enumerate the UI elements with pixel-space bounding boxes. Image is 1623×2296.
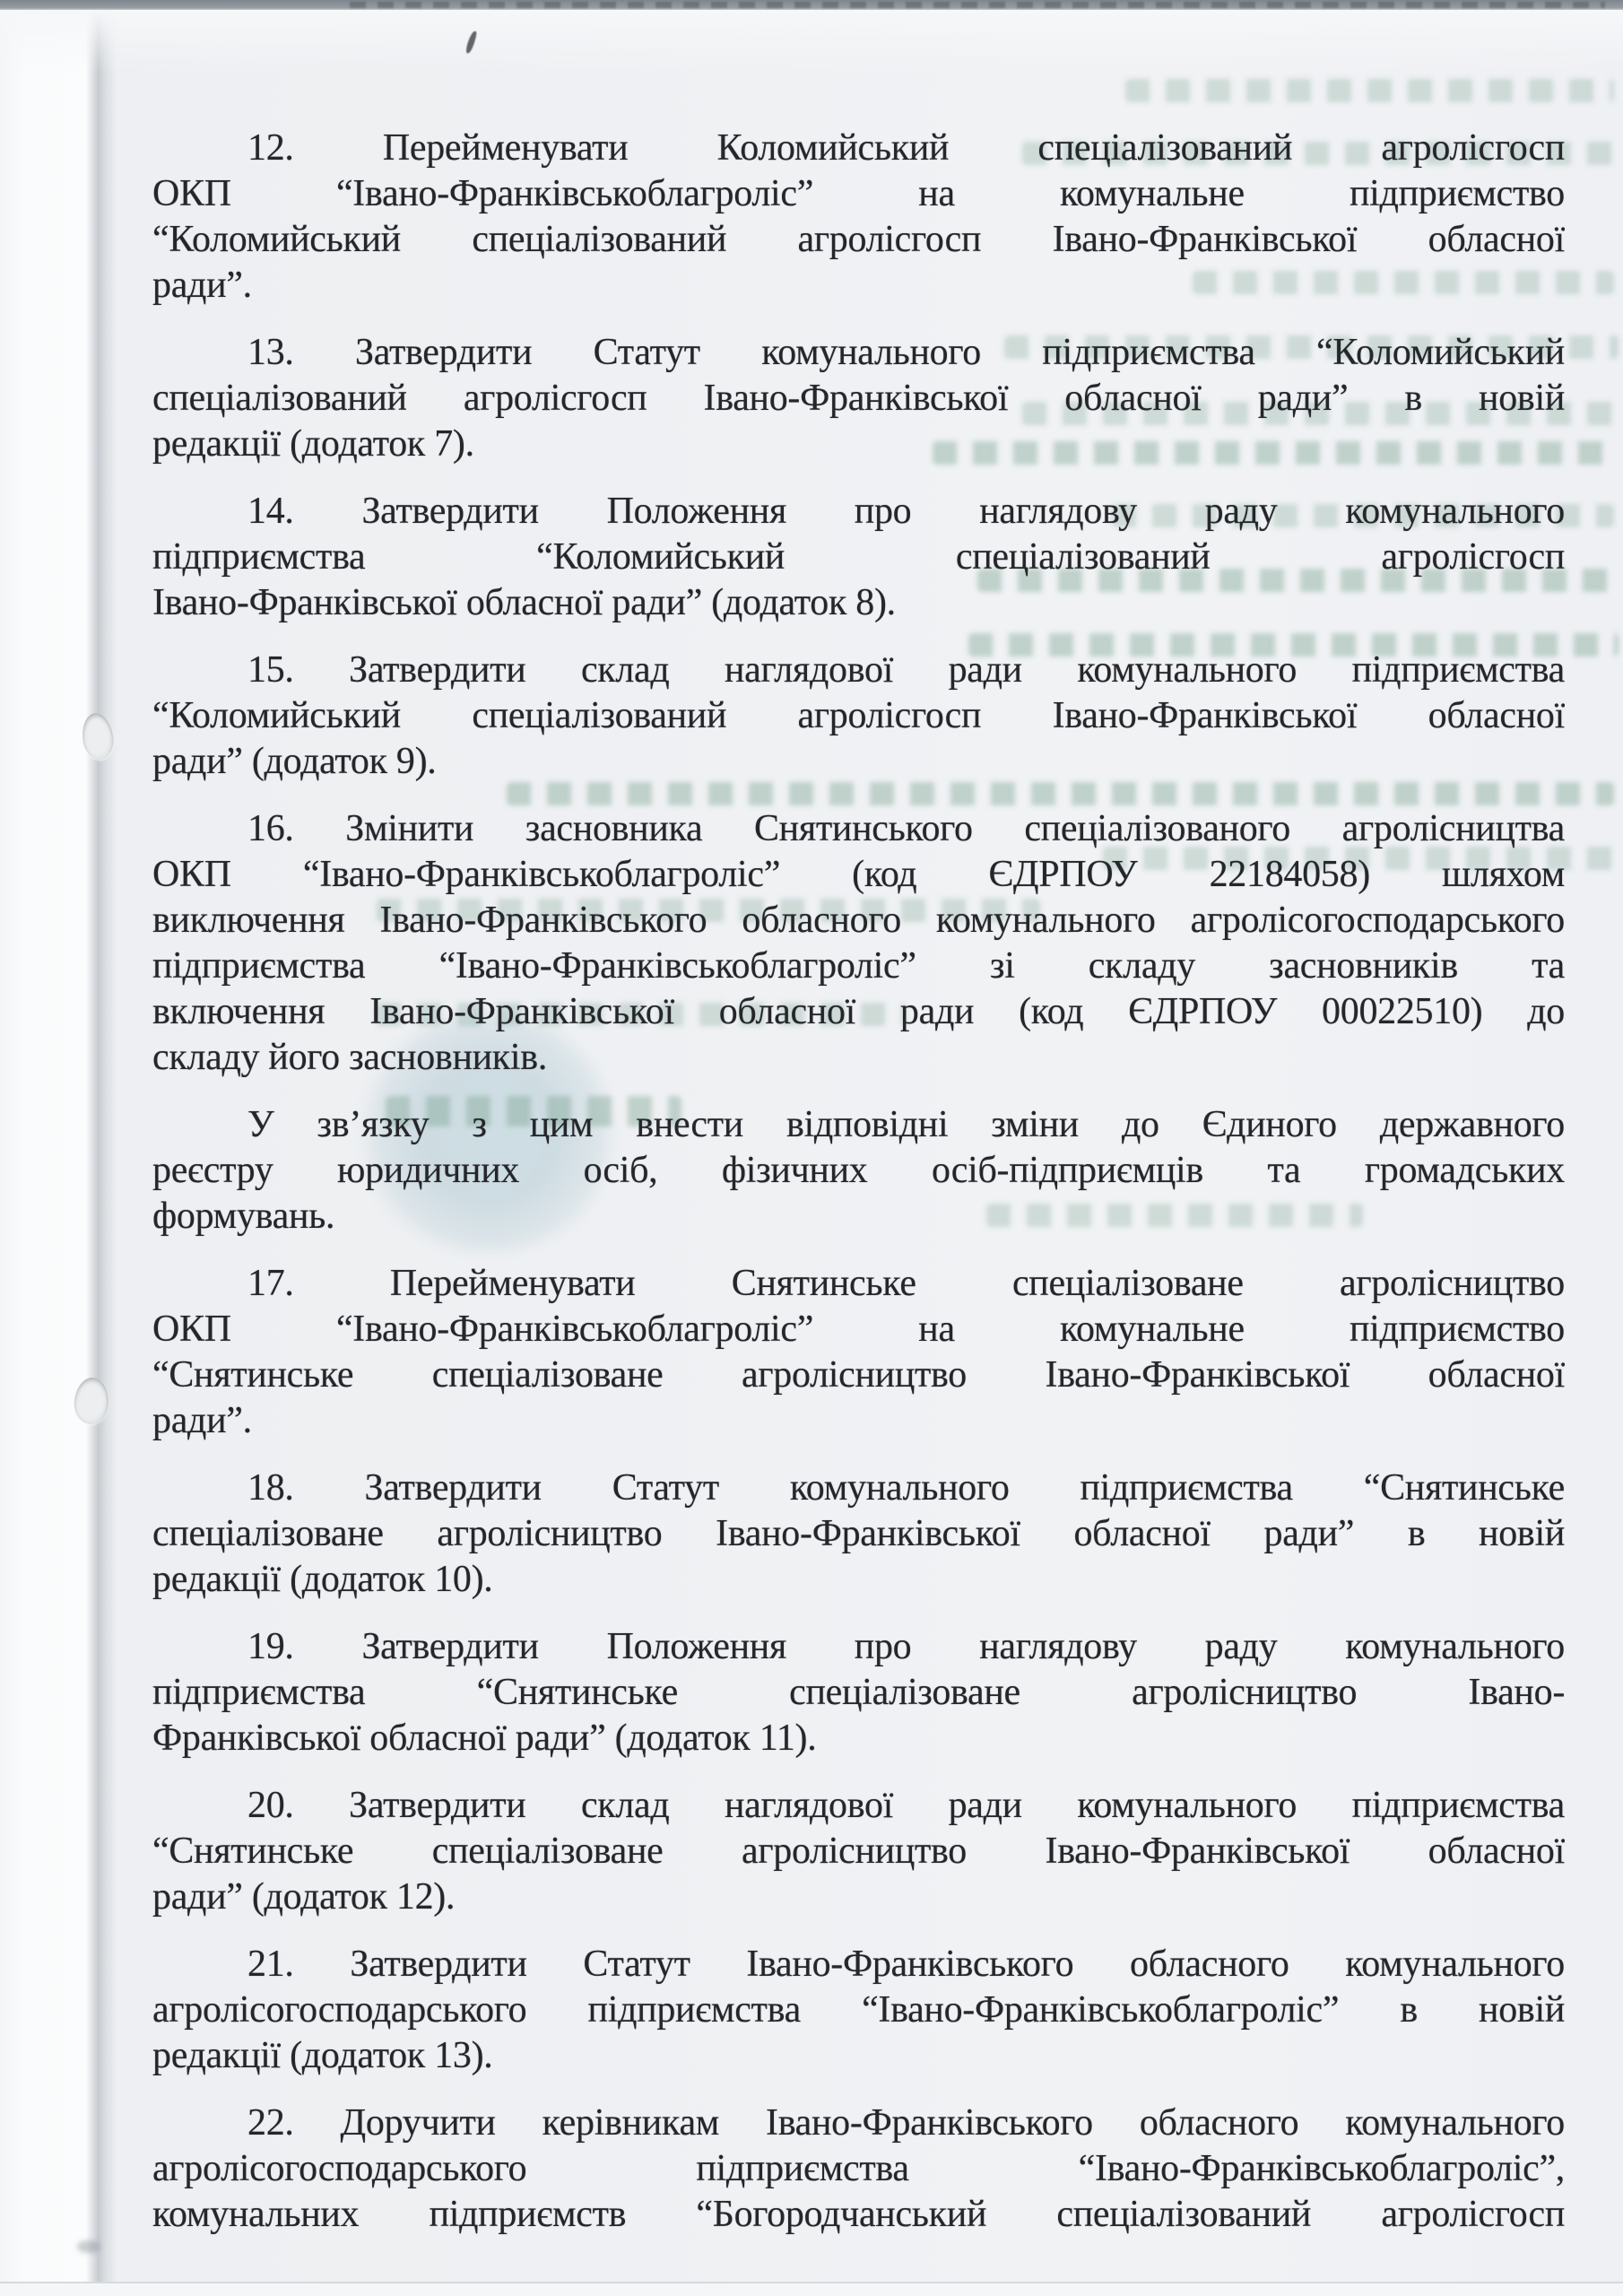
scanned-document-page: { "page": { "kind": "scanned official do…	[0, 0, 1623, 2296]
paragraph-20: 20. Затвердити склад наглядової ради ком…	[152, 1783, 1565, 1920]
text-line: 17. Перейменувати Снятинське спеціалізов…	[152, 1261, 1565, 1307]
text-line: ради”.	[152, 1398, 1565, 1444]
text-line: “Снятинське спеціалізоване агролісництво…	[152, 1352, 1565, 1398]
text-line: підприємства “Снятинське спеціалізоване …	[152, 1670, 1565, 1716]
text-line: підприємства “Коломийський спеціалізован…	[152, 535, 1565, 580]
text-line: “Коломийський спеціалізований агролісгос…	[152, 217, 1565, 263]
text-line: ОКП “Івано-Франківськоблагроліс” на кому…	[152, 1307, 1565, 1352]
paragraph-17: 17. Перейменувати Снятинське спеціалізов…	[152, 1261, 1565, 1444]
text-line: 12. Перейменувати Коломийський спеціаліз…	[152, 126, 1565, 171]
text-line: 15. Затвердити склад наглядової ради ком…	[152, 648, 1565, 693]
text-line: виключення Івано-Франківського обласного…	[152, 898, 1565, 944]
text-line: комунальних підприємств “Богородчанський…	[152, 2192, 1565, 2238]
paragraph-14: 14. Затвердити Положення про наглядову р…	[152, 489, 1565, 626]
text-line: редакції (додаток 7).	[152, 422, 1565, 467]
paragraph-22: 22. Доручити керівникам Івано-Франківськ…	[152, 2100, 1565, 2238]
text-line: ОКП “Івано-Франківськоблагроліс” (код ЄД…	[152, 852, 1565, 898]
text-line: 13. Затвердити Статут комунального підпр…	[152, 330, 1565, 376]
text-line: “Коломийський спеціалізований агролісгос…	[152, 693, 1565, 739]
bleedthrough-text	[1125, 79, 1614, 102]
text-line: формувань.	[152, 1194, 1565, 1239]
text-line: підприємства “Івано-Франківськоблагроліс…	[152, 944, 1565, 989]
text-line: агролісогосподарського підприємства “Іва…	[152, 1987, 1565, 2033]
text-line: 14. Затвердити Положення про наглядову р…	[152, 489, 1565, 535]
text-line: реєстру юридичних осіб, фізичних осіб-пі…	[152, 1148, 1565, 1194]
text-line: У зв’язку з цим внести відповідні зміни …	[152, 1102, 1565, 1148]
text-line: ради” (додаток 9).	[152, 739, 1565, 785]
paragraph-16-addendum: У зв’язку з цим внести відповідні зміни …	[152, 1102, 1565, 1239]
text-line: 20. Затвердити склад наглядової ради ком…	[152, 1783, 1565, 1829]
text-line: спеціалізоване агролісництво Івано-Франк…	[152, 1511, 1565, 1557]
document-body: 12. Перейменувати Коломийський спеціаліз…	[152, 126, 1565, 2259]
text-line: 19. Затвердити Положення про наглядову р…	[152, 1624, 1565, 1670]
text-line: редакції (додаток 10).	[152, 1557, 1565, 1603]
text-line: складу його засновників.	[152, 1035, 1565, 1081]
text-line: 22. Доручити керівникам Івано-Франківськ…	[152, 2100, 1565, 2146]
paragraph-18: 18. Затвердити Статут комунального підпр…	[152, 1465, 1565, 1603]
text-line: “Снятинське спеціалізоване агролісництво…	[152, 1829, 1565, 1874]
paragraph-21: 21. Затвердити Статут Івано-Франківськог…	[152, 1942, 1565, 2079]
text-line: агролісогосподарського підприємства “Іва…	[152, 2146, 1565, 2192]
text-line: 16. Змінити засновника Снятинського спец…	[152, 806, 1565, 852]
text-line: ОКП “Івано-Франківськоблагроліс” на кому…	[152, 171, 1565, 217]
text-line: спеціалізований агролісгосп Івано-Франкі…	[152, 376, 1565, 422]
text-line: 18. Затвердити Статут комунального підпр…	[152, 1465, 1565, 1511]
text-line: 21. Затвердити Статут Івано-Франківськог…	[152, 1942, 1565, 1987]
text-line: ради” (додаток 12).	[152, 1874, 1565, 1920]
paragraph-19: 19. Затвердити Положення про наглядову р…	[152, 1624, 1565, 1761]
text-line: ради”.	[152, 263, 1565, 309]
text-line: Франківської обласної ради” (додаток 11)…	[152, 1716, 1565, 1761]
text-line: Івано-Франківської обласної ради” (додат…	[152, 580, 1565, 626]
text-line: редакції (додаток 13).	[152, 2033, 1565, 2079]
paragraph-15: 15. Затвердити склад наглядової ради ком…	[152, 648, 1565, 785]
text-line: включення Івано-Франківської обласної ра…	[152, 989, 1565, 1035]
paragraph-13: 13. Затвердити Статут комунального підпр…	[152, 330, 1565, 467]
paragraph-16: 16. Змінити засновника Снятинського спец…	[152, 806, 1565, 1081]
paragraph-12: 12. Перейменувати Коломийський спеціаліз…	[152, 126, 1565, 309]
